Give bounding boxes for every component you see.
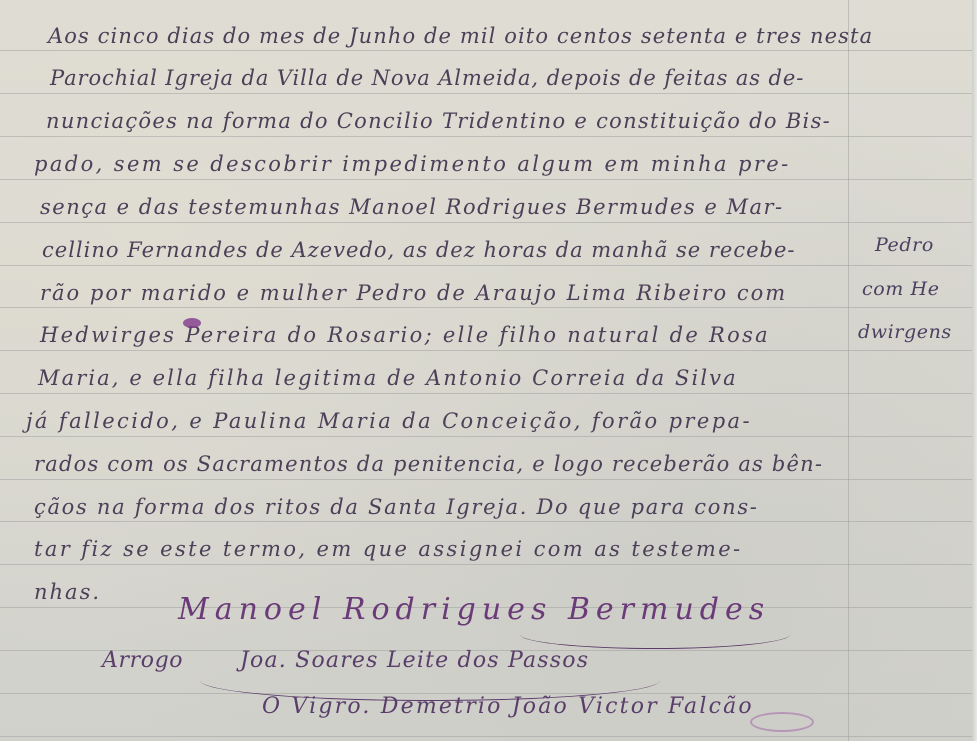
body-line-2: Parochial Igreja da Villa de Nova Almeid… — [50, 66, 804, 90]
body-line-7: rão por marido e mulher Pedro de Araujo … — [40, 281, 787, 305]
body-line-9: Maria, e ella filha legitima de Antonio … — [38, 366, 738, 390]
ruled-line — [0, 736, 977, 737]
margin-line — [848, 0, 849, 741]
ruled-line — [0, 222, 977, 223]
ruled-line — [0, 350, 977, 351]
body-line-5: sença e das testemunhas Manoel Rodrigues… — [40, 195, 784, 219]
page-edge — [972, 0, 977, 741]
margin-note-line-3: dwirgens — [858, 321, 952, 343]
ruled-line — [0, 50, 977, 51]
body-line-13: tar fiz se este termo, em que assignei c… — [34, 537, 743, 561]
body-line-4: pado, sem se descobrir impedimento algum… — [34, 152, 791, 176]
body-line-14: nhas. — [34, 580, 101, 604]
ruled-line — [0, 179, 977, 180]
body-line-1: Aos cinco dias do mes de Junho de mil oi… — [48, 24, 873, 48]
signature-rubric — [750, 712, 814, 732]
ink-blot — [183, 318, 201, 328]
body-line-10: já fallecido, e Paulina Maria da Conceiç… — [26, 409, 752, 433]
ruled-line — [0, 436, 977, 437]
manuscript-page: Aos cinco dias do mes de Junho de mil oi… — [0, 0, 977, 741]
signature-witness-2-prefix: Arrogo — [102, 648, 183, 673]
ruled-line — [0, 521, 977, 522]
body-line-12: çãos na forma dos ritos da Santa Igreja.… — [34, 495, 759, 519]
ruled-line — [0, 479, 977, 480]
ruled-line — [0, 564, 977, 565]
margin-note-line-1: Pedro — [875, 234, 934, 256]
body-line-8: Hedwirges Pereira do Rosario; elle filho… — [40, 323, 770, 347]
body-line-6: cellino Fernandes de Azevedo, as dez hor… — [42, 238, 795, 262]
body-line-11: rados com os Sacramentos da penitencia, … — [34, 452, 823, 476]
signature-flourish — [520, 620, 790, 649]
body-line-3: nunciações na forma do Concilio Tridenti… — [46, 109, 831, 133]
ruled-line — [0, 393, 977, 394]
ruled-line — [0, 265, 977, 266]
margin-note-line-2: com He — [862, 278, 940, 300]
ruled-line — [0, 93, 977, 94]
ruled-line — [0, 136, 977, 137]
signature-vicar: O Vigro. Demetrio João Victor Falcão — [262, 694, 754, 719]
ruled-line — [0, 307, 977, 308]
